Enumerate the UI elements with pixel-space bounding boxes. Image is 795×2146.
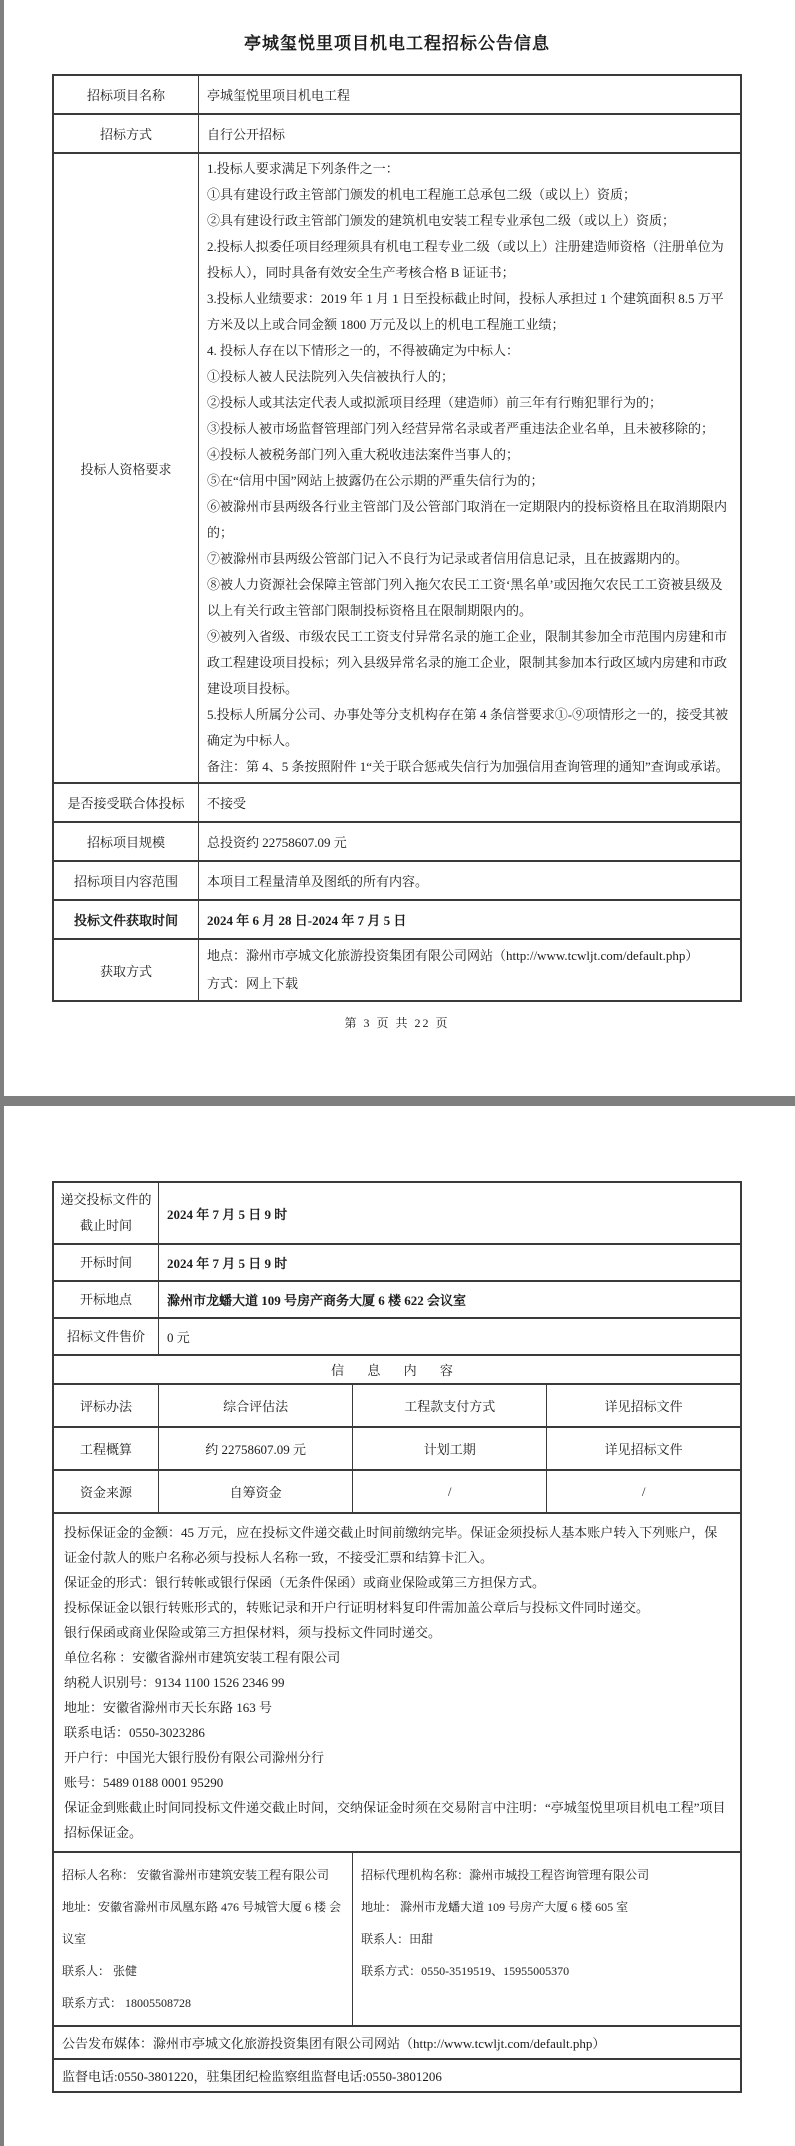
field-label: 递交投标文件的截止时间 xyxy=(53,1182,159,1244)
tender-info-table: 递交投标文件的截止时间 2024 年 7 月 5 日 9 时 开标时间 2024… xyxy=(52,1181,742,2093)
deposit-paragraph: 账号：5489 0188 0001 95290 xyxy=(64,1770,730,1795)
announcement-media: 公告发布媒体：滁州市亭城文化旅游投资集团有限公司网站（http://www.tc… xyxy=(53,2026,741,2059)
deposit-paragraph: 联系电话：0550-3023286 xyxy=(64,1720,730,1745)
qualification-paragraph: ⑨被列入省级、市级农民工工资支付异常名录的施工企业，限制其参加全市范围内房建和市… xyxy=(207,624,732,702)
page-number-footer: 第 3 页 共 22 页 xyxy=(52,1014,742,1031)
field-value: 2024 年 7 月 5 日 9 时 xyxy=(159,1244,742,1281)
field-label: 开标时间 xyxy=(53,1244,159,1281)
bidder-contact-block: 招标人名称： 安徽省滁州市建筑安装工程有限公司地址：安徽省滁州市凤凰东路 476… xyxy=(53,1852,353,2026)
deposit-details: 投标保证金的金额：45 万元，应在投标文件递交截止时间前缴纳完毕。保证金须投标人… xyxy=(53,1513,741,1852)
field-value: 不接受 xyxy=(199,783,742,822)
field-label: 投标人资格要求 xyxy=(53,153,199,783)
deposit-paragraph: 开户行：中国光大银行股份有限公司滁州分行 xyxy=(64,1745,730,1770)
field-label: 工程概算 xyxy=(53,1427,159,1470)
bidder-contact-line: 地址：安徽省滁州市凤凰东路 476 号城管大厦 6 楼 会议室 xyxy=(62,1891,344,1955)
field-value: 本项目工程量清单及图纸的所有内容。 xyxy=(199,861,742,900)
deposit-paragraph: 纳税人识别号：9134 1100 1526 2346 99 xyxy=(64,1670,730,1695)
page-title: 亭城玺悦里项目机电工程招标公告信息 xyxy=(52,30,742,58)
section-header-row: 信 息 内 容 xyxy=(53,1355,741,1384)
qualification-paragraph: ⑦被滁州市县两级公管部门记入不良行为记录或者信用信息记录，且在披露期内的。 xyxy=(207,546,732,572)
acquisition-line: 地点：滁州市亭城文化旅游投资集团有限公司网站（http://www.tcwljt… xyxy=(207,942,732,970)
field-label: 工程款支付方式 xyxy=(353,1384,547,1427)
field-value: 1.投标人要求满足下列条件之一：①具有建设行政主管部门颁发的机电工程施工总承包二… xyxy=(199,153,742,783)
field-label: 招标项目规模 xyxy=(53,822,199,861)
table-row: 招标项目名称 亭城玺悦里项目机电工程 xyxy=(53,75,741,114)
field-value: 自行公开招标 xyxy=(199,114,742,153)
qualification-paragraph: ②具有建设行政主管部门颁发的建筑机电安装工程专业承包二级（或以上）资质； xyxy=(207,208,732,234)
deposit-paragraph: 单位名称 ：安徽省滁州市建筑安装工程有限公司 xyxy=(64,1645,730,1670)
agency-contact-line: 联系方式：0550-3519519、15955005370 xyxy=(361,1955,732,1987)
qualification-paragraph: ⑥被滁州市县两级各行业主管部门及公管部门取消在一定期限内的投标资格且在取消期限内… xyxy=(207,494,732,546)
table-row: 招标项目规模 总投资约 22758607.09 元 xyxy=(53,822,741,861)
field-label: 开标地点 xyxy=(53,1281,159,1318)
page-separator-band xyxy=(0,1096,795,1106)
qualification-paragraph: ②投标人或其法定代表人或拟派项目经理（建造师）前三年有行贿犯罪行为的； xyxy=(207,390,732,416)
field-value: 0 元 xyxy=(159,1318,742,1355)
contacts-row: 招标人名称： 安徽省滁州市建筑安装工程有限公司地址：安徽省滁州市凤凰东路 476… xyxy=(53,1852,741,2026)
deposit-paragraph: 地址：安徽省滁州市天长东路 163 号 xyxy=(64,1695,730,1720)
field-value: 2024 年 6 月 28 日-2024 年 7 月 5 日 xyxy=(199,900,742,939)
agency-contact-line: 联系人：田甜 xyxy=(361,1923,732,1955)
field-label: 是否接受联合体投标 xyxy=(53,783,199,822)
deposit-row: 投标保证金的金额：45 万元，应在投标文件递交截止时间前缴纳完毕。保证金须投标人… xyxy=(53,1513,741,1852)
field-label: 招标项目内容范围 xyxy=(53,861,199,900)
table-row: 递交投标文件的截止时间 2024 年 7 月 5 日 9 时 xyxy=(53,1182,741,1244)
table-row: 招标项目内容范围 本项目工程量清单及图纸的所有内容。 xyxy=(53,861,741,900)
agency-contact-block: 招标代理机构名称：滁州市城投工程咨询管理有限公司地址： 滁州市龙蟠大道 109 … xyxy=(353,1852,741,2026)
deposit-paragraph: 投标保证金的金额：45 万元，应在投标文件递交截止时间前缴纳完毕。保证金须投标人… xyxy=(64,1520,730,1570)
media-row: 公告发布媒体：滁州市亭城文化旅游投资集团有限公司网站（http://www.tc… xyxy=(53,2026,741,2059)
qualification-paragraph: 3.投标人业绩要求：2019 年 1 月 1 日至投标截止时间，投标人承担过 1… xyxy=(207,286,732,338)
table-row: 资金来源 自筹资金 / / xyxy=(53,1470,741,1513)
table-row: 评标办法 综合评估法 工程款支付方式 详见招标文件 xyxy=(53,1384,741,1427)
qualification-paragraph: 2.投标人拟委任项目经理须具有机电工程专业二级（或以上）注册建造师资格（注册单位… xyxy=(207,234,732,286)
table-row: 招标文件售价 0 元 xyxy=(53,1318,741,1355)
document-page-4: 递交投标文件的截止时间 2024 年 7 月 5 日 9 时 开标时间 2024… xyxy=(52,1181,742,2093)
table-row: 开标时间 2024 年 7 月 5 日 9 时 xyxy=(53,1244,741,1281)
qualification-paragraph: 1.投标人要求满足下列条件之一： xyxy=(207,156,732,182)
qualification-paragraph: ⑧被人力资源社会保障主管部门列入拖欠农民工工资‘黑名单’或因拖欠农民工工资被县级… xyxy=(207,572,732,624)
table-row: 是否接受联合体投标 不接受 xyxy=(53,783,741,822)
table-row-qualification: 投标人资格要求 1.投标人要求满足下列条件之一：①具有建设行政主管部门颁发的机电… xyxy=(53,153,741,783)
qualification-paragraph: ④投标人被税务部门列入重大税收违法案件当事人的； xyxy=(207,442,732,468)
table-row: 开标地点 滁州市龙蟠大道 109 号房产商务大厦 6 楼 622 会议室 xyxy=(53,1281,741,1318)
field-value: 约 22758607.09 元 xyxy=(159,1427,353,1470)
table-row-acquisition: 获取方式 地点：滁州市亭城文化旅游投资集团有限公司网站（http://www.t… xyxy=(53,939,741,1001)
bidder-contact-line: 联系方式： 18005508728 xyxy=(62,1987,344,2019)
field-label: 招标文件售价 xyxy=(53,1318,159,1355)
agency-contact-line: 地址： 滁州市龙蟠大道 109 号房产大厦 6 楼 605 室 xyxy=(361,1891,732,1923)
agency-contact-line: 招标代理机构名称：滁州市城投工程咨询管理有限公司 xyxy=(361,1859,732,1891)
field-value: 亭城玺悦里项目机电工程 xyxy=(199,75,742,114)
qualification-paragraph: 5.投标人所属分公司、办事处等分支机构存在第 4 条信誉要求①-⑨项情形之一的，… xyxy=(207,702,732,754)
supervision-phones: 监督电话:0550-3801220，驻集团纪检监察组监督电话:0550-3801… xyxy=(53,2059,741,2092)
field-label: 资金来源 xyxy=(53,1470,159,1513)
tender-announcement-table: 招标项目名称 亭城玺悦里项目机电工程 招标方式 自行公开招标 投标人资格要求 1… xyxy=(52,74,742,1002)
table-row: 工程概算 约 22758607.09 元 计划工期 详见招标文件 xyxy=(53,1427,741,1470)
field-label: 评标办法 xyxy=(53,1384,159,1427)
field-value: 详见招标文件 xyxy=(547,1384,741,1427)
qualification-paragraph: 4. 投标人存在以下情形之一的，不得被确定为中标人： xyxy=(207,338,732,364)
bidder-contact-line: 联系人： 张健 xyxy=(62,1955,344,1987)
field-value: 综合评估法 xyxy=(159,1384,353,1427)
section-header: 信 息 内 容 xyxy=(53,1355,741,1384)
deposit-paragraph: 保证金到账截止时间同投标文件递交截止时间，交纳保证金时须在交易附言中注明：“亭城… xyxy=(64,1795,730,1845)
supervision-row: 监督电话:0550-3801220，驻集团纪检监察组监督电话:0550-3801… xyxy=(53,2059,741,2092)
table-row: 投标文件获取时间 2024 年 6 月 28 日-2024 年 7 月 5 日 xyxy=(53,900,741,939)
deposit-paragraph: 投标保证金以银行转账形式的，转账记录和开户行证明材料复印件需加盖公章后与投标文件… xyxy=(64,1595,730,1620)
bidder-contact-line: 招标人名称： 安徽省滁州市建筑安装工程有限公司 xyxy=(62,1859,344,1891)
document-page-3: 亭城玺悦里项目机电工程招标公告信息 招标项目名称 亭城玺悦里项目机电工程 招标方… xyxy=(52,30,742,1031)
qualification-paragraph: 备注：第 4、5 条按照附件 1“关于联合惩戒失信行为加强信用查询管理的通知”查… xyxy=(207,754,732,780)
field-value: 总投资约 22758607.09 元 xyxy=(199,822,742,861)
field-value: 自筹资金 xyxy=(159,1470,353,1513)
qualification-paragraph: ③投标人被市场监督管理部门列入经营异常名录或者严重违法企业名单，且未被移除的； xyxy=(207,416,732,442)
field-value: 2024 年 7 月 5 日 9 时 xyxy=(159,1182,742,1244)
field-label: 获取方式 xyxy=(53,939,199,1001)
field-value: 详见招标文件 xyxy=(547,1427,741,1470)
field-value: / xyxy=(353,1470,547,1513)
qualification-paragraph: ①具有建设行政主管部门颁发的机电工程施工总承包二级（或以上）资质； xyxy=(207,182,732,208)
field-value: 地点：滁州市亭城文化旅游投资集团有限公司网站（http://www.tcwljt… xyxy=(199,939,742,1001)
acquisition-line: 方式：网上下载 xyxy=(207,970,732,998)
field-label: 投标文件获取时间 xyxy=(53,900,199,939)
deposit-paragraph: 保证金的形式：银行转帐或银行保函（无条件保函）或商业保险或第三方担保方式。 xyxy=(64,1570,730,1595)
field-value: 滁州市龙蟠大道 109 号房产商务大厦 6 楼 622 会议室 xyxy=(159,1281,742,1318)
qualification-paragraph: ①投标人被人民法院列入失信被执行人的； xyxy=(207,364,732,390)
field-label: 招标项目名称 xyxy=(53,75,199,114)
field-value: / xyxy=(547,1470,741,1513)
page-edge-strip xyxy=(0,0,4,2146)
table-row: 招标方式 自行公开招标 xyxy=(53,114,741,153)
qualification-paragraph: ⑤在“信用中国”网站上披露仍在公示期的严重失信行为的； xyxy=(207,468,732,494)
field-label: 招标方式 xyxy=(53,114,199,153)
deposit-paragraph: 银行保函或商业保险或第三方担保材料，须与投标文件同时递交。 xyxy=(64,1620,730,1645)
document-viewer: { "colors": { "page_background": "#fffff… xyxy=(0,0,795,2146)
field-label: 计划工期 xyxy=(353,1427,547,1470)
